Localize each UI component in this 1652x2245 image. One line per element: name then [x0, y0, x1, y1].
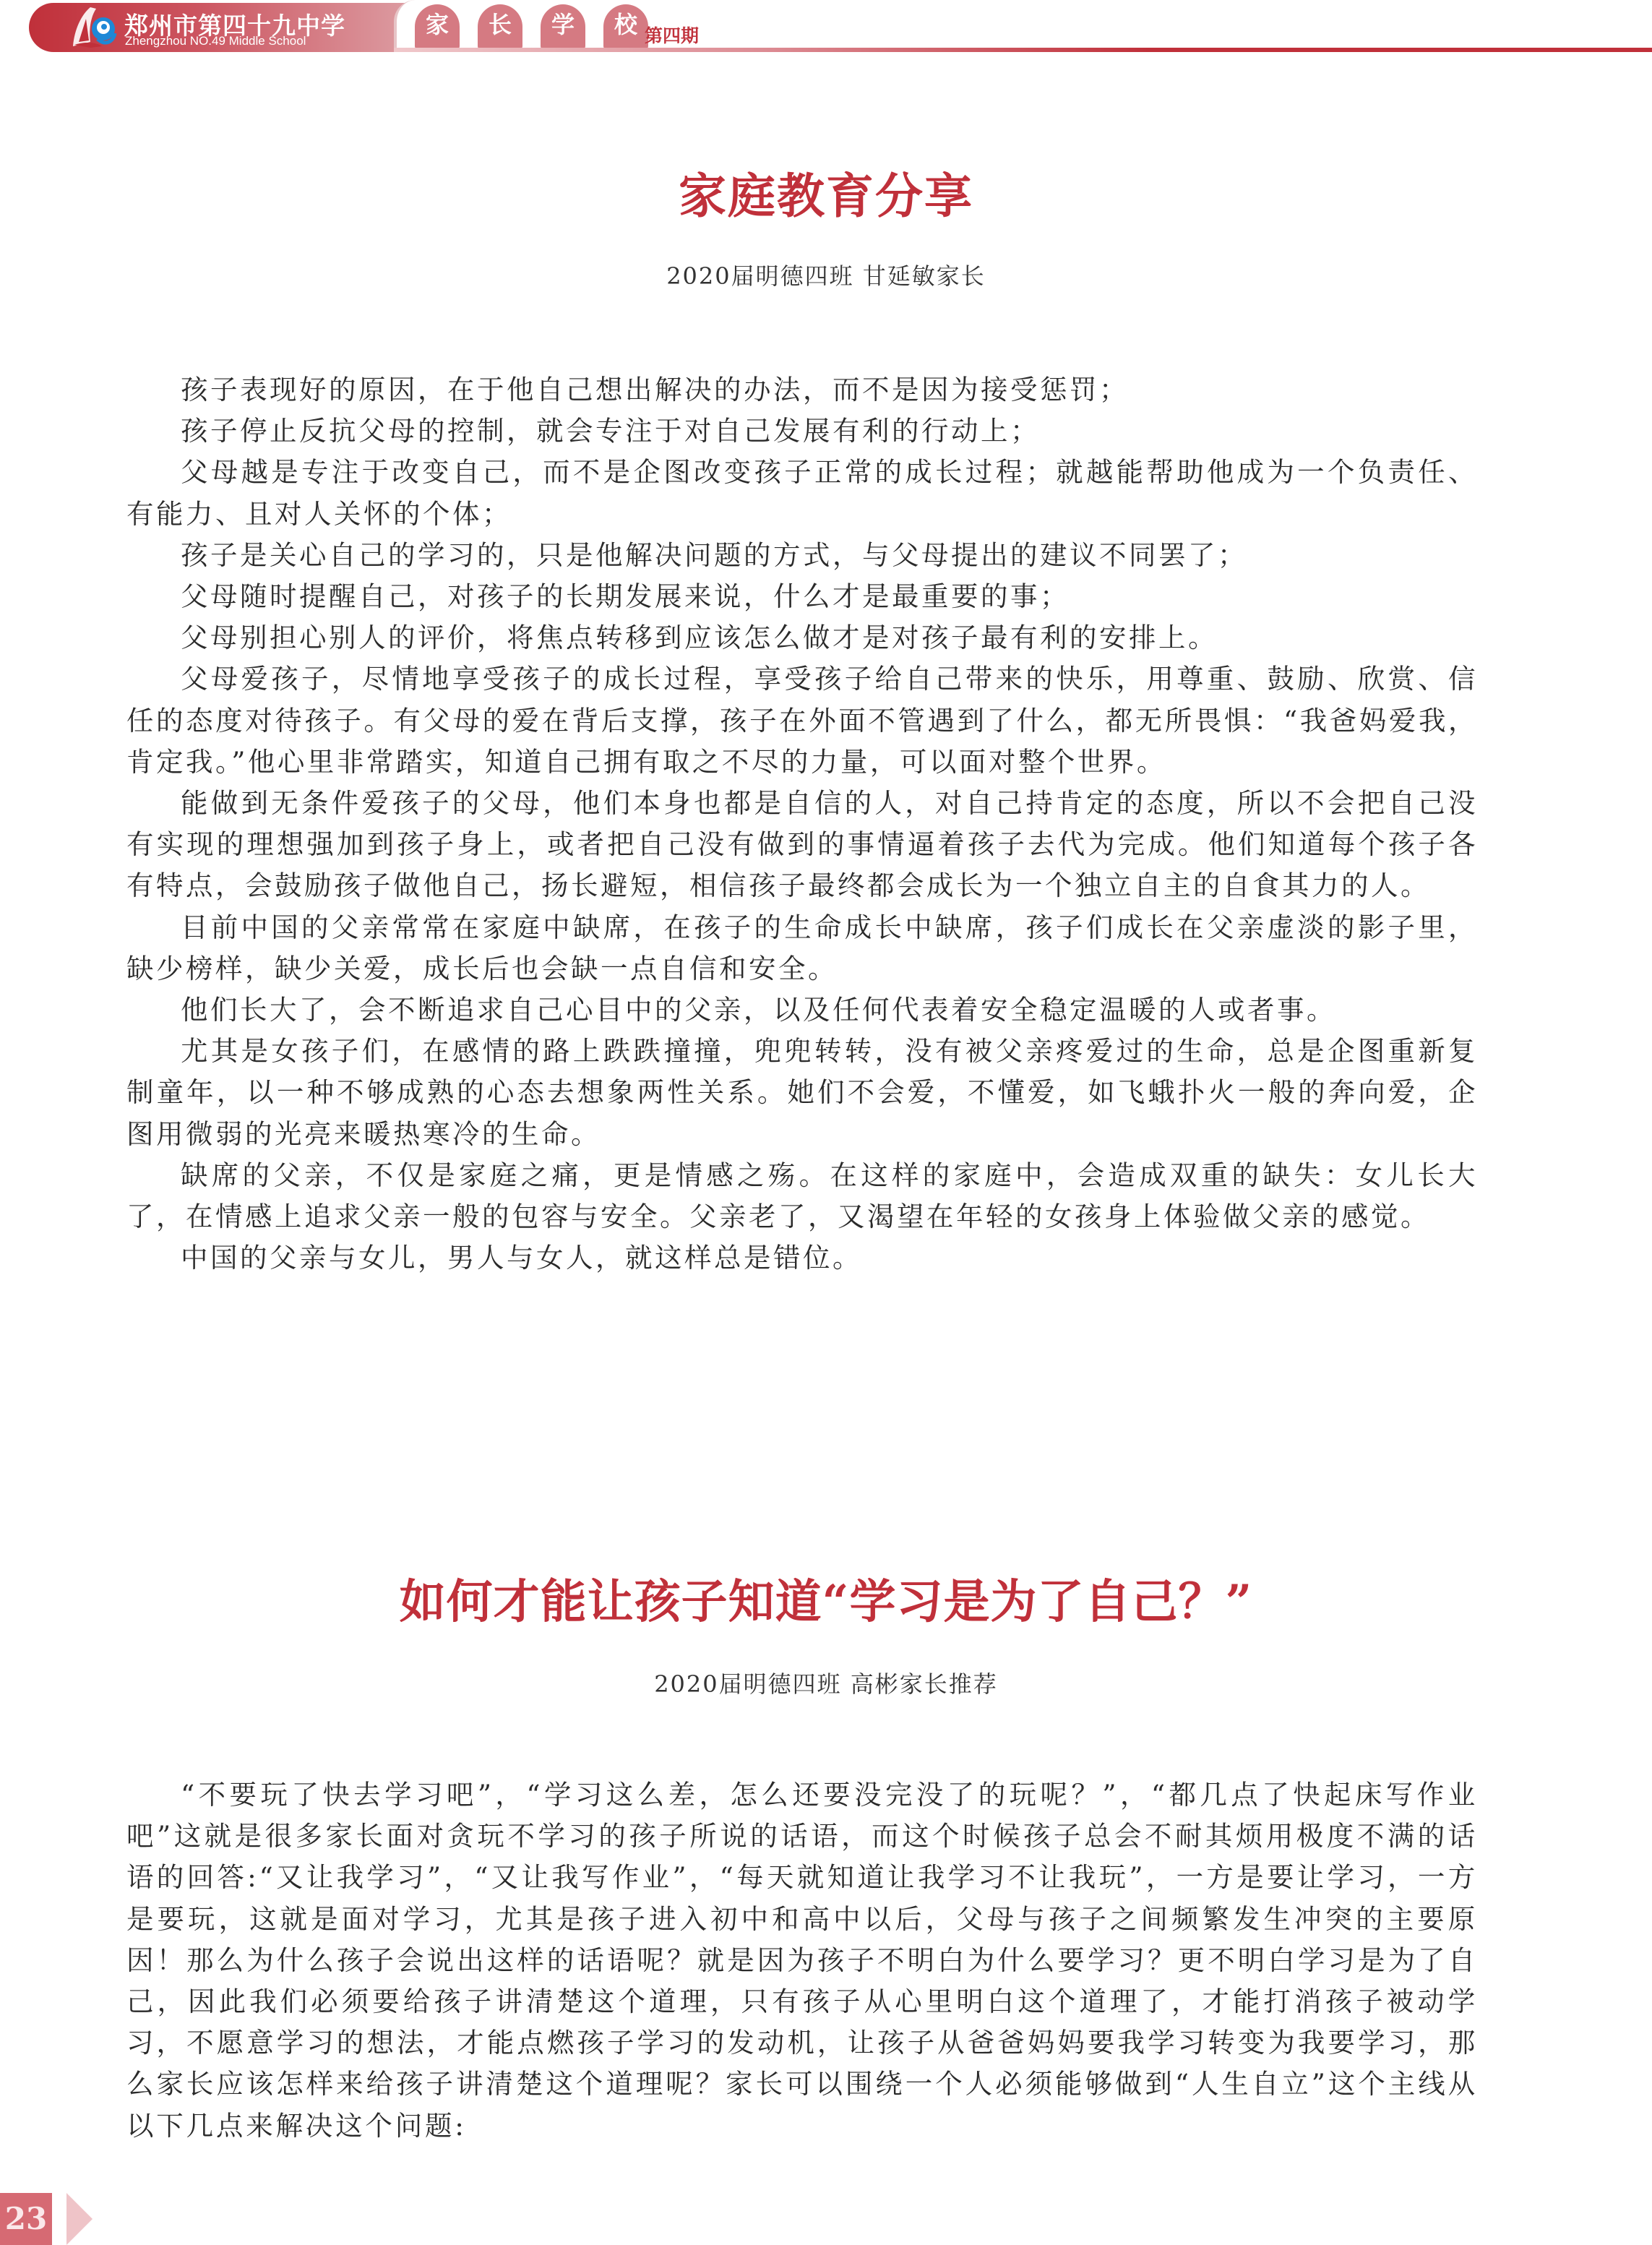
paragraph: “不要玩了快去学习吧”，“学习这么差，怎么还要没完没了的玩呢？”，“都几点了快起… [126, 1774, 1478, 2147]
issue-number: 第四期 [645, 22, 699, 48]
paragraph: 他们长大了，会不断追求自己心目中的父亲，以及任何代表着安全稳定温暖的人或者事。 [126, 990, 1478, 1031]
paragraph: 能做到无条件爱孩子的父母，他们本身也都是自信的人，对自己持肯定的态度，所以不会把… [126, 783, 1478, 907]
paragraph: 目前中国的父亲常常在家庭中缺席，在孩子的生命成长中缺席，孩子们成长在父亲虚淡的影… [126, 907, 1478, 990]
paragraph: 尤其是女孩子们，在感情的路上跌跌撞撞，兜兜转转，没有被父亲疼爱过的生命，总是企图… [126, 1031, 1478, 1155]
paragraph: 孩子停止反抗父母的控制，就会专注于对自己发展有利的行动上； [126, 411, 1478, 452]
paragraph: 父母越是专注于改变自己，而不是企图改变孩子正常的成长过程；就越能帮助他成为一个负… [126, 452, 1478, 534]
column-tabs: 家 长 学 校 [394, 0, 646, 49]
column-char-xiao: 校 [603, 4, 648, 49]
paragraph: 缺席的父亲，不仅是家庭之痛，更是情感之殇。在这样的家庭中，会造成双重的缺失：女儿… [126, 1155, 1478, 1237]
page-header: 郑州市第四十九中学 Zhengzhou NO.49 Middle School … [0, 0, 1652, 58]
paragraph: 孩子表现好的原因，在于他自己想出解决的办法，而不是因为接受惩罚； [126, 369, 1478, 411]
paragraph: 中国的父亲与女儿，男人与女人，就这样总是错位。 [126, 1237, 1478, 1279]
article1-title: 家庭教育分享 [0, 158, 1652, 226]
article2-title: 如何才能让孩子知道“学习是为了自己？” [0, 1565, 1652, 1631]
paragraph: 孩子是关心自己的学习的，只是他解决问题的方式，与父母提出的建议不同罢了； [126, 535, 1478, 576]
article2-byline: 2020届明德四班 高彬家长推荐 [0, 1666, 1652, 1699]
article1-byline: 2020届明德四班 甘延敏家长 [0, 258, 1652, 291]
school-49-logo-icon [69, 4, 119, 51]
article1-body: 孩子表现好的原因，在于他自己想出解决的办法，而不是因为接受惩罚； 孩子停止反抗父… [126, 369, 1478, 1279]
page-arrow-icon [66, 2193, 93, 2245]
column-char-jia: 家 [415, 4, 460, 49]
header-divider [394, 48, 1652, 52]
paragraph: 父母别担心别人的评价，将焦点转移到应该怎么做才是对孩子最有利的安排上。 [126, 617, 1478, 658]
paragraph: 父母爱孩子，尽情地享受孩子的成长过程，享受孩子给自己带来的快乐，用尊重、鼓励、欣… [126, 658, 1478, 783]
paragraph: 父母随时提醒自己，对孩子的长期发展来说，什么才是最重要的事； [126, 576, 1478, 617]
article2-body: “不要玩了快去学习吧”，“学习这么差，怎么还要没完没了的玩呢？”，“都几点了快起… [126, 1774, 1478, 2147]
school-name-en: Zhengzhou NO.49 Middle School [125, 34, 306, 48]
page-number: 23 [0, 2193, 52, 2245]
column-char-xue: 学 [541, 4, 585, 49]
column-char-zhang: 长 [478, 4, 522, 49]
